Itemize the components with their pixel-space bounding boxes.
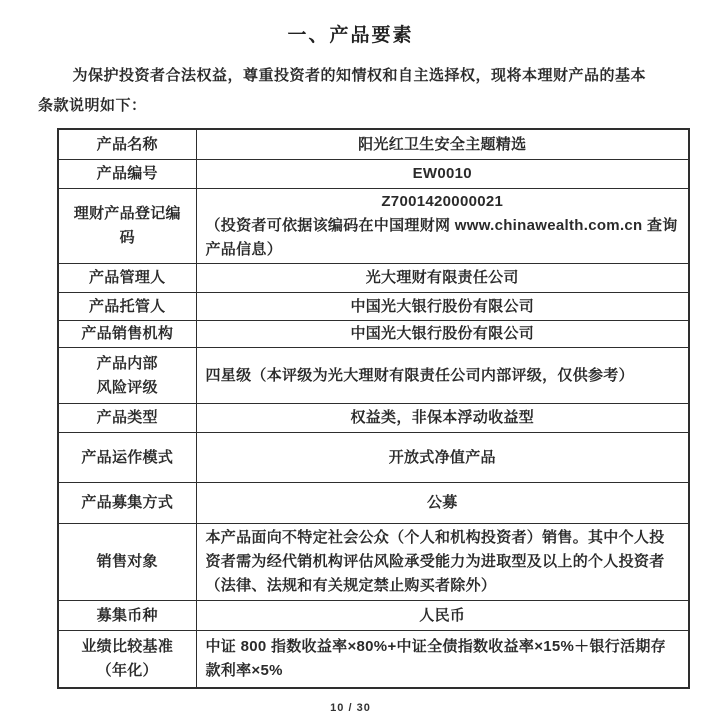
row-label: 产品名称 (58, 129, 196, 160)
row-value: 四星级（本评级为光大理财有限责任公司内部评级，仅供参考） (196, 348, 689, 404)
row-label: 销售对象 (58, 524, 196, 601)
table-row-product-type: 产品类型 权益类，非保本浮动收益型 (58, 404, 689, 433)
table-row-product-name: 产品名称 阳光红卫生安全主题精选 (58, 129, 689, 160)
row-value: 权益类，非保本浮动收益型 (196, 404, 689, 433)
row-value: Z7001420000021 （投资者可依据该编码在中国理财网 www.chin… (196, 189, 689, 264)
row-value: 中国光大银行股份有限公司 (196, 321, 689, 348)
row-value: 光大理财有限责任公司 (196, 264, 689, 293)
row-label: 产品内部 风险评级 (58, 348, 196, 404)
row-value: 中证 800 指数收益率×80%+中证全债指数收益率×15%＋银行活期存款利率×… (196, 631, 689, 689)
table-row-custodian: 产品托管人 中国光大银行股份有限公司 (58, 293, 689, 321)
section-title: 一、产品要素 (40, 20, 661, 47)
registration-code-note: （投资者可依据该编码在中国理财网 www.chinawealth.com.cn … (206, 214, 680, 262)
row-label: 产品销售机构 (58, 321, 196, 348)
registration-code: Z7001420000021 (206, 190, 680, 214)
row-label: 产品类型 (58, 404, 196, 433)
row-label: 业绩比较基准 （年化） (58, 631, 196, 689)
row-value: 开放式净值产品 (196, 433, 689, 483)
table-row-performance-benchmark: 业绩比较基准 （年化） 中证 800 指数收益率×80%+中证全债指数收益率×1… (58, 631, 689, 689)
table-row-sales-target: 销售对象 本产品面向不特定社会公众（个人和机构投资者）销售。其中个人投资者需为经… (58, 524, 689, 601)
row-value: 本产品面向不特定社会公众（个人和机构投资者）销售。其中个人投资者需为经代销机构评… (196, 524, 689, 601)
table-row-sales-agency: 产品销售机构 中国光大银行股份有限公司 (58, 321, 689, 348)
row-label: 理财产品登记编 码 (58, 189, 196, 264)
table-row-currency: 募集币种 人民币 (58, 601, 689, 631)
product-elements-table: 产品名称 阳光红卫生安全主题精选 产品编号 EW0010 理财产品登记编 码 Z… (57, 128, 690, 689)
row-label: 产品管理人 (58, 264, 196, 293)
row-value: 阳光红卫生安全主题精选 (196, 129, 689, 160)
table-row-registration-code: 理财产品登记编 码 Z7001420000021 （投资者可依据该编码在中国理财… (58, 189, 689, 264)
table-row-operation-mode: 产品运作模式 开放式净值产品 (58, 433, 689, 483)
table-row-fundraising-method: 产品募集方式 公募 (58, 483, 689, 524)
row-label: 产品运作模式 (58, 433, 196, 483)
document-page: 一、产品要素 为保护投资者合法权益，尊重投资者的知情权和自主选择权，现将本理财产… (0, 0, 701, 711)
row-value: EW0010 (196, 160, 689, 189)
row-value: 中国光大银行股份有限公司 (196, 293, 689, 321)
row-label: 产品编号 (58, 160, 196, 189)
table-row-internal-risk-rating: 产品内部 风险评级 四星级（本评级为光大理财有限责任公司内部评级，仅供参考） (58, 348, 689, 404)
table-row-product-code: 产品编号 EW0010 (58, 160, 689, 189)
page-number: 10 / 30 (0, 702, 701, 711)
table-row-manager: 产品管理人 光大理财有限责任公司 (58, 264, 689, 293)
row-value: 公募 (196, 483, 689, 524)
row-label: 募集币种 (58, 601, 196, 631)
intro-paragraph: 为保护投资者合法权益，尊重投资者的知情权和自主选择权，现将本理财产品的基本条款说… (38, 61, 659, 121)
row-label: 产品募集方式 (58, 483, 196, 524)
row-label: 产品托管人 (58, 293, 196, 321)
row-value: 人民币 (196, 601, 689, 631)
